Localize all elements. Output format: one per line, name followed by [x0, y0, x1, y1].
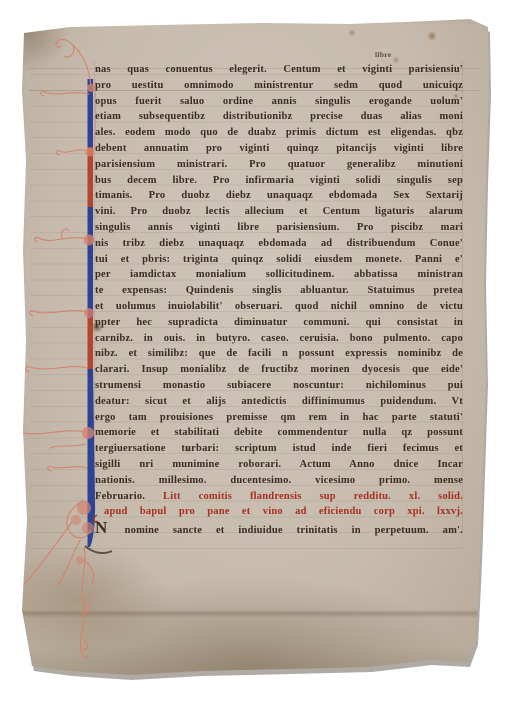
interlinear-gloss: libre: [375, 50, 391, 59]
body-text: debent annuatim pro viginti quinqz pitan…: [95, 143, 463, 154]
body-text: nas quas conuentus elegerit. Centum et v…: [95, 64, 463, 75]
text-block: nas quas conuentus elegerit. Centum et v…: [95, 62, 463, 536]
body-text: bus decem libre. Pro infirmaria viginti …: [95, 175, 463, 186]
manuscript-line: apud bapul pro pane et vino ad eficiendu…: [95, 504, 463, 520]
manuscript-line: memorie et stabilitati debite commendent…: [95, 425, 463, 441]
text-lines: nas quas conuentus elegerit. Centum et v…: [95, 62, 463, 536]
manuscript-line: debent annuatim pro viginti quinqz pitan…: [95, 141, 463, 157]
manuscript-line: deatur: sicut et alijs antedictis diffin…: [95, 394, 463, 410]
body-text: pro uestitu omnimodo ministrentur sedm q…: [95, 80, 463, 91]
body-text: tui et pbris: triginta quinqz solidi eiu…: [95, 254, 463, 265]
body-text: ergo tam prouisiones premisse qm rem in …: [95, 412, 463, 423]
body-text: vini. Pro duobz lectis allecium et Centu…: [95, 206, 463, 217]
body-text: memorie et stabilitati debite commendent…: [95, 427, 463, 438]
body-text: clarari. Insup monialibz de fructibz mor…: [95, 364, 463, 375]
manuscript-line: sigilli nri munimine roborari. Actum Ann…: [95, 457, 463, 473]
manuscript-line: opus fuerit saluo ordine annis singulis …: [95, 94, 463, 110]
body-text: nationis. millesimo. ducentesimo. vicesi…: [95, 475, 463, 486]
manuscript-line: te expensas: Quindenis singlis abluantur…: [95, 283, 463, 299]
body-text: strumensi monastio subiacere noscuntur: …: [95, 380, 463, 391]
body-text: per iamdictax monialium sollicitudinem. …: [95, 269, 463, 280]
manuscript-line: etiam subsequentibz distributionibz prec…: [95, 109, 463, 125]
manuscript-line: nibz. et similibz: que de facili n possu…: [95, 346, 463, 362]
manuscript-line: nis tribz diebz unaquaqz ebdomada ad dis…: [95, 236, 463, 252]
body-text: opus fuerit saluo ordine annis singulis …: [95, 96, 463, 107]
body-text: tergiuersatione turbari: scriptum istud …: [95, 443, 463, 454]
penwork-flourishes: [12, 39, 94, 657]
body-text: nomine sancte et indiuidue trinitatis in…: [125, 525, 463, 536]
manuscript-line: vini. Pro duobz lectis allecium et Centu…: [95, 204, 463, 220]
body-text: ales. eodem modo quo de duabz primis dic…: [95, 127, 463, 138]
manuscript-line: Februario. Litt comitis flandrensis sup …: [95, 489, 463, 505]
manuscript-line: bus decem libre. Pro infirmaria viginti …: [95, 173, 463, 189]
manuscript-line: tergiuersatione turbari: scriptum istud …: [95, 441, 463, 457]
body-text: te expensas: Quindenis singlis abluantur…: [95, 285, 463, 296]
manuscript-line: carnibz. in ouis. in butyro. caseo. ceru…: [95, 331, 463, 347]
body-text: et uolumus inuiolabilit' obseruari. quod…: [95, 301, 463, 312]
manuscript-line: tui et pbris: triginta quinqz solidi eiu…: [95, 252, 463, 268]
body-text: sigilli nri munimine roborari. Actum Ann…: [95, 459, 463, 470]
penwork-knots: [71, 84, 95, 564]
manuscript-line: N nomine sancte et indiuidue trinitatis …: [95, 520, 463, 536]
rubric-text: Litt comitis flandrensis sup redditu. xl…: [163, 491, 463, 502]
body-text: Februario.: [95, 491, 163, 502]
manuscript-line: nationis. millesimo. ducentesimo. vicesi…: [95, 473, 463, 489]
manuscript-line: parisiensium ministrari. Pro quatuor gen…: [95, 157, 463, 173]
body-text: deatur: sicut et alijs antedictis diffin…: [95, 396, 463, 407]
body-text: ppter hec supradicta diminuatur communi.…: [95, 317, 463, 328]
body-text: nibz. et similibz: que de facili n possu…: [95, 348, 463, 359]
manuscript-line: singulis annis viginti libre parisiensiu…: [95, 220, 463, 236]
manuscript-line: ales. eodem modo quo de duabz primis dic…: [95, 125, 463, 141]
manuscript-line: per iamdictax monialium sollicitudinem. …: [95, 267, 463, 283]
manuscript-line: et uolumus inuiolabilit' obseruari. quod…: [95, 299, 463, 315]
body-text: timanis. Pro duobz diebz unaquaqz ebdoma…: [95, 190, 463, 201]
manuscript-leaf: libre nas quas conuentus elegerit. Centu…: [0, 0, 510, 718]
manuscript-line: pro uestitu omnimodo ministrentur sedm q…: [95, 78, 463, 94]
manuscript-line: ppter hec supradicta diminuatur communi.…: [95, 315, 463, 331]
body-text: nis tribz diebz unaquaqz ebdomada ad dis…: [95, 238, 463, 249]
manuscript-line: clarari. Insup monialibz de fructibz mor…: [95, 362, 463, 378]
photo-canvas: libre nas quas conuentus elegerit. Centu…: [0, 0, 510, 718]
body-text: etiam subsequentibz distributionibz prec…: [95, 111, 463, 122]
body-text: singulis annis viginti libre parisiensiu…: [95, 222, 463, 233]
manuscript-line: nas quas conuentus elegerit. Centum et v…: [95, 62, 463, 78]
manuscript-line: timanis. Pro duobz diebz unaquaqz ebdoma…: [95, 188, 463, 204]
rubric-text: apud bapul pro pane et vino ad eficiendu…: [104, 506, 463, 517]
body-text: parisiensium ministrari. Pro quatuor gen…: [95, 159, 463, 170]
manuscript-line: strumensi monastio subiacere noscuntur: …: [95, 378, 463, 394]
pen-initial: N: [95, 518, 125, 537]
manuscript-line: ergo tam prouisiones premisse qm rem in …: [95, 410, 463, 426]
body-text: carnibz. in ouis. in butyro. caseo. ceru…: [95, 333, 463, 344]
